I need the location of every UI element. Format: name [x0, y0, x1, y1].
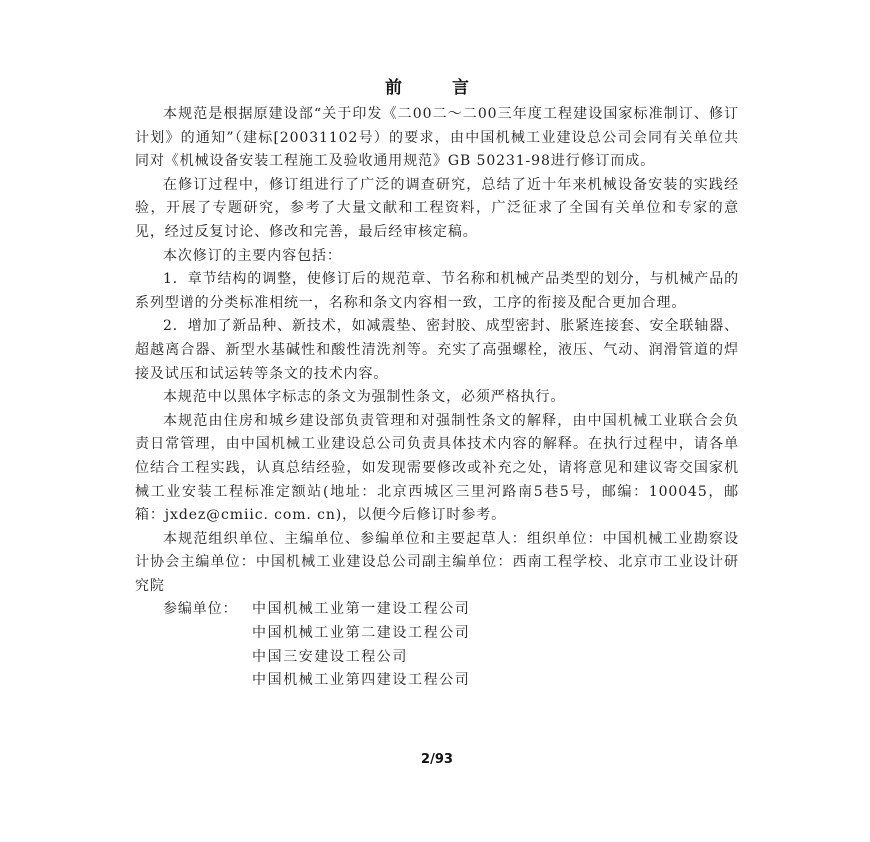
- paragraph-mandatory-clauses: 本规范中以黑体字标志的条文为强制性条文，必须严格执行。: [135, 386, 739, 410]
- paragraph-main-contents-intro: 本次修订的主要内容包括：: [135, 245, 739, 269]
- paragraph-management: 本规范由住房和城乡建设部负责管理和对强制性条文的解释，由中国机械工业联合会负责日…: [135, 410, 739, 528]
- list-item: 中国机械工业第四建设工程公司: [252, 669, 470, 693]
- participating-units: 参编单位： 中国机械工业第一建设工程公司 中国机械工业第二建设工程公司 中国三安…: [135, 598, 739, 692]
- paragraph-item-2: 2．增加了新品种、新技术，如减震垫、密封胶、成型密封、胀紧连接套、安全联轴器、超…: [135, 315, 739, 386]
- paragraph-revision-process: 在修订过程中，修订组进行了广泛的调查研究，总结了近十年来机械设备安装的实践经验，…: [135, 174, 739, 245]
- paragraph-origin: 本规范是根据原建设部“关于印发《二00二～二00三年度工程建设国家标准制订、修订…: [135, 103, 739, 174]
- participating-units-label: 参编单位：: [135, 598, 252, 692]
- list-item: 中国机械工业第一建设工程公司: [252, 598, 470, 622]
- page-title: 前 言: [0, 76, 870, 100]
- page-number: 2/93: [0, 752, 870, 767]
- document-page: 前 言 本规范是根据原建设部“关于印发《二00二～二00三年度工程建设国家标准制…: [0, 0, 870, 842]
- participating-units-list: 中国机械工业第一建设工程公司 中国机械工业第二建设工程公司 中国三安建设工程公司…: [252, 598, 470, 692]
- list-item: 中国机械工业第二建设工程公司: [252, 622, 470, 646]
- document-body: 本规范是根据原建设部“关于印发《二00二～二00三年度工程建设国家标准制订、修订…: [135, 103, 739, 693]
- paragraph-organizations: 本规范组织单位、主编单位、参编单位和主要起草人：组织单位：中国机械工业勘察设计协…: [135, 528, 739, 599]
- paragraph-item-1: 1．章节结构的调整，使修订后的规范章、节名称和机械产品类型的划分，与机械产品的系…: [135, 268, 739, 315]
- list-item: 中国三安建设工程公司: [252, 646, 470, 670]
